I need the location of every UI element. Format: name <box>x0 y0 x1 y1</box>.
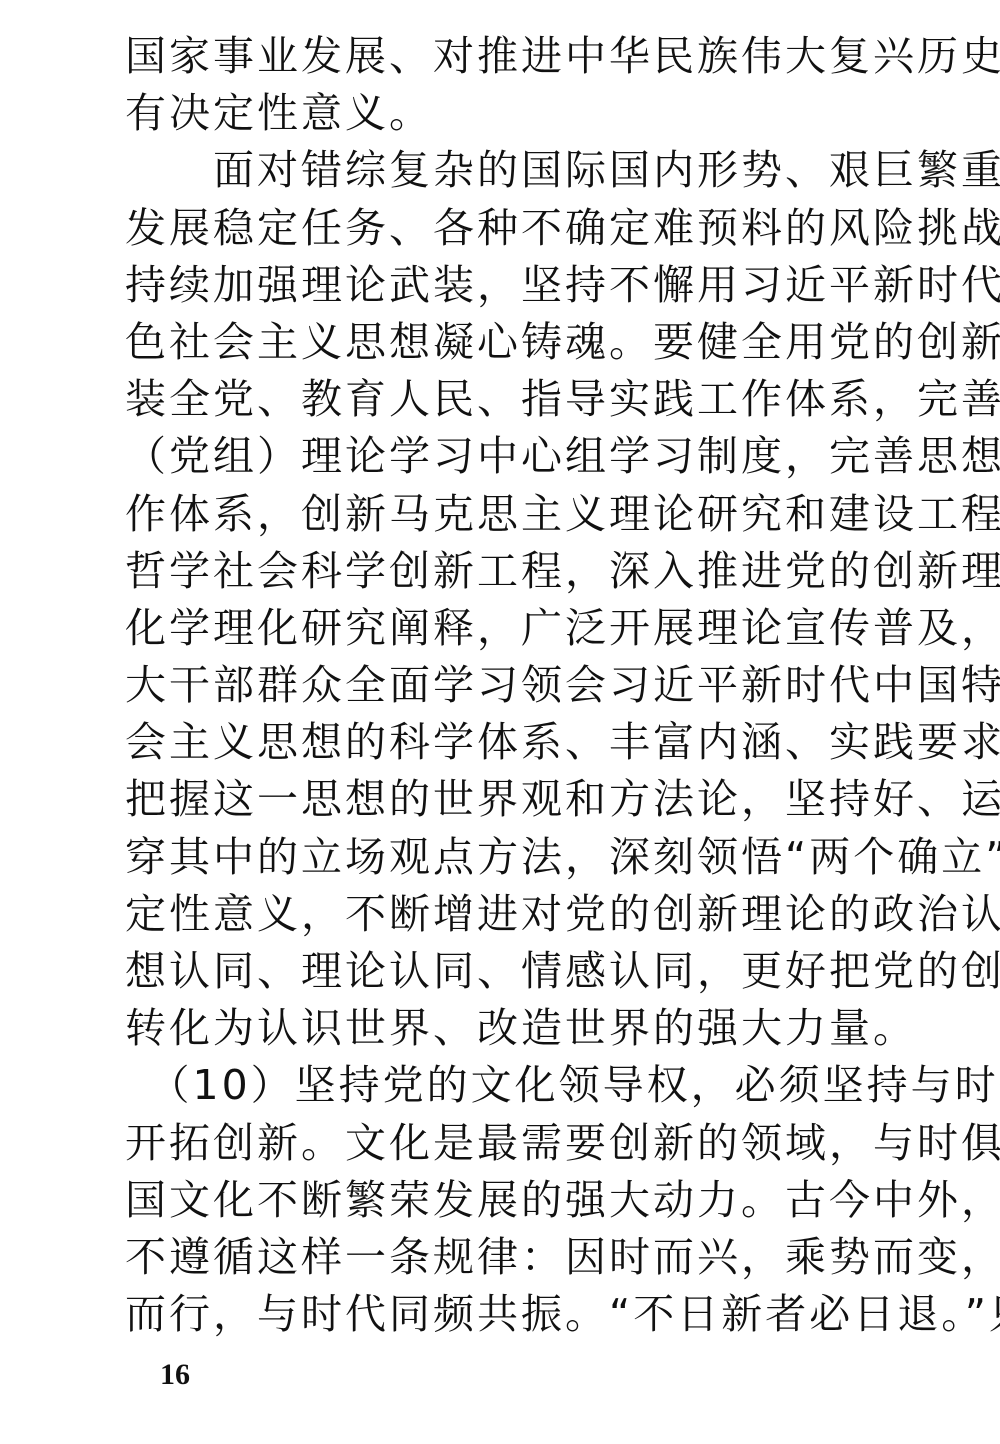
text-line: 色社会主义思想凝心铸魂。要健全用党的创新理论武 <box>125 314 925 371</box>
text-line: 转化为认识世界、改造世界的强大力量。 <box>125 1000 925 1057</box>
text-line: 不遵循这样一条规律：因时而兴，乘势而变，随时代 <box>125 1229 925 1286</box>
text-line: 而行，与时代同频共振。“不日新者必日退。”只有在 <box>125 1286 925 1343</box>
text-line: 国文化不断繁荣发展的强大动力。古今中外，文化无 <box>125 1172 925 1229</box>
paragraph-start-line: 面对错综复杂的国际国内形势、艰巨繁重的改革 <box>125 142 925 199</box>
text-line: 持续加强理论武装，坚持不懈用习近平新时代中国特 <box>125 257 925 314</box>
text-line: 把握这一思想的世界观和方法论，坚持好、运用好贯 <box>125 771 925 828</box>
page-number: 16 <box>160 1358 190 1392</box>
text-line: 装全党、教育人民、指导实践工作体系，完善党委 <box>125 371 925 428</box>
text-line: 开拓创新。文化是最需要创新的领域，与时俱进是我 <box>125 1115 925 1172</box>
text-line: 大干部群众全面学习领会习近平新时代中国特色社 <box>125 657 925 714</box>
text-line: 作体系，创新马克思主义理论研究和建设工程，实施 <box>125 486 925 543</box>
text-line: 会主义思想的科学体系、丰富内涵、实践要求，深入 <box>125 714 925 771</box>
text-line: （党组）理论学习中心组学习制度，完善思想政治工 <box>125 428 925 485</box>
text-line: 发展稳定任务、各种不确定难预料的风险挑战，必须 <box>125 200 925 257</box>
section-heading-line: （10）坚持党的文化领导权，必须坚持与时俱进、 <box>125 1057 925 1114</box>
text-line: 穿其中的立场观点方法，深刻领悟“两个确立”的决 <box>125 829 925 886</box>
text-line: 哲学社会科学创新工程，深入推进党的创新理论体系 <box>125 543 925 600</box>
text-line: 化学理化研究阐释，广泛开展理论宣传普及，引导广 <box>125 600 925 657</box>
text-line: 国家事业发展、对推进中华民族伟大复兴历史进程具 <box>125 28 925 85</box>
text-line: 定性意义，不断增进对党的创新理论的政治认同、思 <box>125 886 925 943</box>
text-line: 想认同、理论认同、情感认同，更好把党的创新理论 <box>125 943 925 1000</box>
text-line: 有决定性意义。 <box>125 85 925 142</box>
document-body: 国家事业发展、对推进中华民族伟大复兴历史进程具 有决定性意义。 面对错综复杂的国… <box>125 28 925 1343</box>
